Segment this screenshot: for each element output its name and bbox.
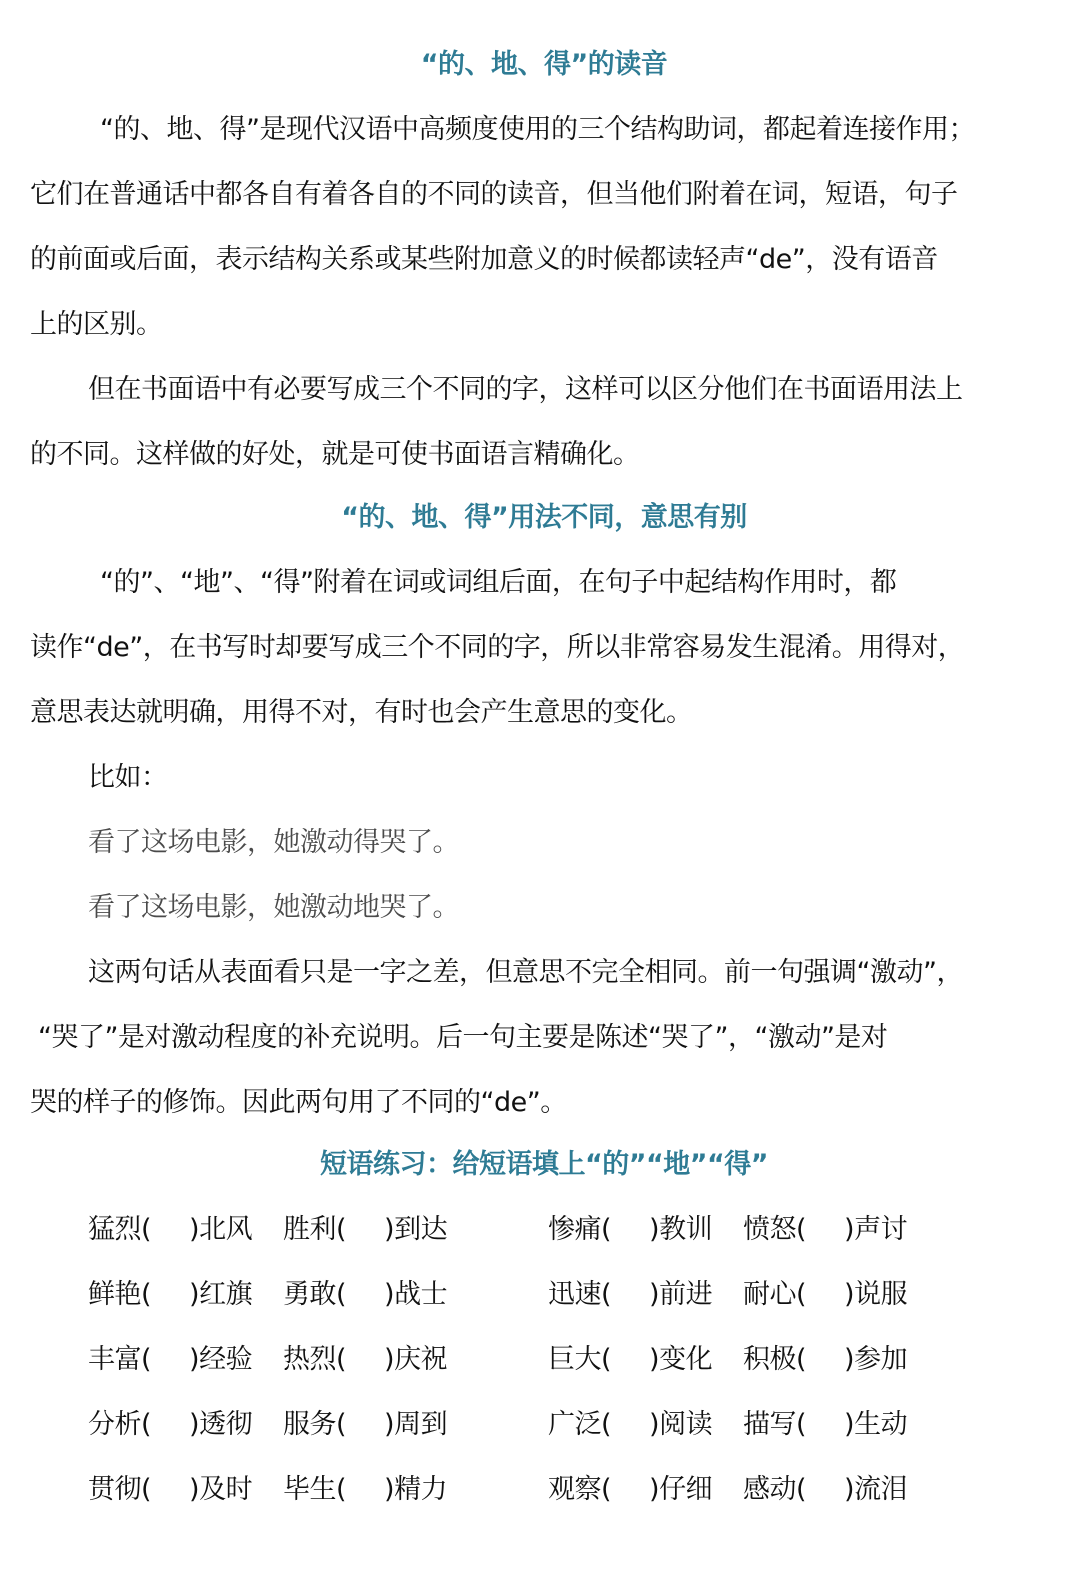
exercise-word: )说服 (844, 1279, 907, 1310)
exercise-word: )红旗 (189, 1279, 252, 1310)
exercise-word: )庆祝 (384, 1344, 447, 1375)
exercise-word: 广泛( (548, 1409, 611, 1440)
paragraph-line: 的前面或后面，表示结构关系或某些附加意义的时候都读轻声“de”，没有语音 (30, 240, 938, 280)
exercise-item: 猛烈()北风 (88, 1210, 252, 1250)
exercise-word: 猛烈( (88, 1214, 151, 1245)
exercise-word: 耐心( (743, 1279, 806, 1310)
exercise-word: 贯彻( (88, 1474, 151, 1505)
paragraph-line: 但在书面语中有必要写成三个不同的字，这样可以区分他们在书面语用法上 (88, 370, 963, 410)
exercise-row: 猛烈()北风 胜利()到达 惨痛()教训 愤怒()声讨 (0, 1210, 1088, 1250)
exercise-word: 积极( (743, 1344, 806, 1375)
exercise-row: 鲜艳()红旗 勇敢()战士 迅速()前进 耐心()说服 (0, 1275, 1088, 1315)
exercise-word: )声讨 (844, 1214, 907, 1245)
exercise-item: 服务()周到 (283, 1405, 447, 1445)
exercise-item: 广泛()阅读 (548, 1405, 712, 1445)
paragraph-line: “的”、“地”、“得”附着在词或词组后面，在句子中起结构作用时，都 (100, 563, 896, 603)
exercise-item: 迅速()前进 (548, 1275, 712, 1315)
exercise-word: )经验 (189, 1344, 252, 1375)
exercise-row: 分析()透彻 服务()周到 广泛()阅读 描写()生动 (0, 1405, 1088, 1445)
section-title-pronunciation: “的、地、得”的读音 (0, 45, 1088, 85)
section-title-exercise: 短语练习：给短语填上“的”“地”“得” (0, 1145, 1088, 1185)
exercise-word: )战士 (384, 1279, 447, 1310)
exercise-word: 感动( (743, 1474, 806, 1505)
exercise-item: 毕生()精力 (283, 1470, 447, 1510)
exercise-word: 热烈( (283, 1344, 346, 1375)
exercise-item: 巨大()变化 (548, 1340, 712, 1380)
example-label: 比如： (88, 758, 168, 798)
exercise-row: 丰富()经验 热烈()庆祝 巨大()变化 积极()参加 (0, 1340, 1088, 1380)
exercise-word: 胜利( (283, 1214, 346, 1245)
exercise-item: 积极()参加 (743, 1340, 907, 1380)
exercise-item: 贯彻()及时 (88, 1470, 252, 1510)
exercise-word: 丰富( (88, 1344, 151, 1375)
exercise-word: 勇敢( (283, 1279, 346, 1310)
exercise-word: )阅读 (649, 1409, 712, 1440)
exercise-word: )周到 (384, 1409, 447, 1440)
exercise-word: )前进 (649, 1279, 712, 1310)
paragraph-line: 的不同。这样做的好处，就是可使书面语言精确化。 (30, 435, 640, 475)
exercise-item: 感动()流泪 (743, 1470, 907, 1510)
exercise-item: 描写()生动 (743, 1405, 907, 1445)
exercise-item: 观察()仔细 (548, 1470, 712, 1510)
paragraph-line: 读作“de”，在书写时却要写成三个不同的字，所以非常容易发生混淆。用得对， (30, 628, 964, 668)
exercise-row: 贯彻()及时 毕生()精力 观察()仔细 感动()流泪 (0, 1470, 1088, 1510)
exercise-word: 毕生( (283, 1474, 346, 1505)
exercise-word: )透彻 (189, 1409, 252, 1440)
exercise-item: 热烈()庆祝 (283, 1340, 447, 1380)
exercise-word: 观察( (548, 1474, 611, 1505)
exercise-word: )精力 (384, 1474, 447, 1505)
exercise-item: 鲜艳()红旗 (88, 1275, 252, 1315)
exercise-item: 愤怒()声讨 (743, 1210, 907, 1250)
exercise-word: 愤怒( (743, 1214, 806, 1245)
exercise-word: )及时 (189, 1474, 252, 1505)
paragraph-line: 这两句话从表面看只是一字之差，但意思不完全相同。前一句强调“激动”， (88, 953, 963, 993)
example-sentence: 看了这场电影，她激动地哭了。 (88, 888, 459, 928)
exercise-word: )参加 (844, 1344, 907, 1375)
exercise-word: 描写( (743, 1409, 806, 1440)
paragraph-line: 哭的样子的修饰。因此两句用了不同的“de”。 (30, 1083, 567, 1123)
exercise-word: 迅速( (548, 1279, 611, 1310)
exercise-word: 服务( (283, 1409, 346, 1440)
exercise-word: )教训 (649, 1214, 712, 1245)
exercise-word: 分析( (88, 1409, 151, 1440)
document-page: “的、地、得”的读音 “的、地、得”是现代汉语中高频度使用的三个结构助词，都起着… (0, 0, 1088, 1575)
exercise-word: )生动 (844, 1409, 907, 1440)
exercise-item: 胜利()到达 (283, 1210, 447, 1250)
exercise-item: 耐心()说服 (743, 1275, 907, 1315)
exercise-word: 惨痛( (548, 1214, 611, 1245)
exercise-item: 勇敢()战士 (283, 1275, 447, 1315)
exercise-word: 鲜艳( (88, 1279, 151, 1310)
paragraph-line: 意思表达就明确，用得不对，有时也会产生意思的变化。 (30, 693, 693, 733)
paragraph-line: 它们在普通话中都各自有着各自的不同的读音，但当他们附着在词，短语，句子 (30, 175, 958, 215)
exercise-word: )仔细 (649, 1474, 712, 1505)
paragraph-line: “哭了”是对激动程度的补充说明。后一句主要是陈述“哭了”，“激动”是对 (38, 1018, 887, 1058)
example-sentence: 看了这场电影，她激动得哭了。 (88, 823, 459, 863)
exercise-item: 惨痛()教训 (548, 1210, 712, 1250)
paragraph-line: “的、地、得”是现代汉语中高频度使用的三个结构助词，都起着连接作用； (100, 110, 975, 150)
section-title-usage: “的、地、得”用法不同，意思有别 (0, 498, 1088, 538)
exercise-word: 巨大( (548, 1344, 611, 1375)
exercise-word: )北风 (189, 1214, 252, 1245)
exercise-item: 丰富()经验 (88, 1340, 252, 1380)
exercise-item: 分析()透彻 (88, 1405, 252, 1445)
paragraph-line: 上的区别。 (30, 305, 163, 345)
exercise-word: )变化 (649, 1344, 712, 1375)
exercise-word: )流泪 (844, 1474, 907, 1505)
exercise-word: )到达 (384, 1214, 447, 1245)
